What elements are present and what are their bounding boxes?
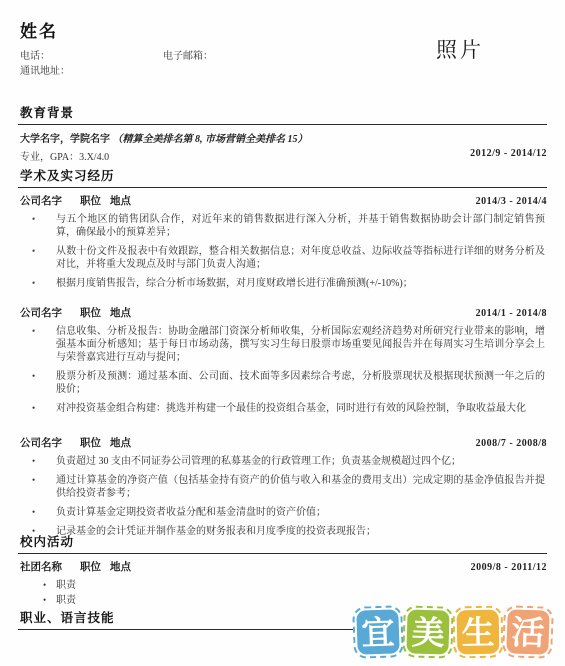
watermark-logo: 宜 美 生 活: [357, 610, 549, 654]
club-name: 社团名称: [20, 559, 62, 574]
position: 职位: [80, 193, 101, 208]
bullet-item: 负责超过 30 支由不同证券公司管理的私募基金的行政管理工作；负责基金规模超过四…: [56, 455, 545, 468]
bullet-item: 与五个地区的销售团队合作，对近年来的销售数据进行深入分析，并基于销售数据协助会计…: [56, 213, 545, 239]
position: 职位: [80, 305, 101, 320]
bullet-item: 通过计算基金的净资产值（包括基金持有资产的价值与收入和基金的费用支出）完成定期的…: [56, 474, 545, 500]
bullet-item: 信息收集、分析及报告：协助金融部门资深分析师收集，分析国际宏观经济趋势对所研究行…: [56, 325, 545, 364]
bullet-item: 根据月度销售报告，综合分析市场数据，对月度财政增长进行准确预测(+/-10%)；: [56, 277, 545, 290]
section-title-skills: 职业、语言技能: [18, 608, 354, 630]
entry-header: 公司名字 职位 地点 2014/3 - 2014/4: [20, 193, 547, 208]
candidate-name: 姓名: [20, 17, 58, 42]
entry-date: 2014/3 - 2014/4: [476, 196, 547, 207]
experience-entry: 公司名字 职位 地点 2014/3 - 2014/4 与五个地区的销售团队合作，…: [18, 193, 547, 290]
entry-bullets: 职责 职责: [18, 579, 547, 607]
section-education: 教育背景 大学名字，学院名字 （精算全美排名第 8, 市场营销全美排名 15） …: [18, 103, 547, 163]
bullet-item: 职责: [56, 579, 545, 592]
email-label: 电子邮箱：: [163, 47, 213, 62]
bullet-item: 负责计算基金定期投资者收益分配和基金清盘时的资产价值；: [56, 506, 545, 519]
entry-header: 公司名字 职位 地点 2014/1 - 2014/8: [20, 305, 547, 320]
experience-entry: 公司名字 职位 地点 2008/7 - 2008/8 负责超过 30 支由不同证…: [18, 435, 547, 538]
school-name: 大学名字，学院名字: [20, 134, 110, 145]
entry-bullets: 负责超过 30 支由不同证券公司管理的私募基金的行政管理工作；负责基金规模超过四…: [18, 455, 547, 538]
section-title-experience: 学术及实习经历: [18, 166, 547, 188]
position: 职位: [80, 435, 101, 450]
bullet-item: 股票分析及预测：通过基本面、公司面、技术面等多因素综合考虑，分析股票现状及根据现…: [56, 370, 545, 396]
entry-date: 2008/7 - 2008/8: [476, 438, 547, 449]
location: 地点: [110, 305, 131, 320]
section-title-education: 教育背景: [18, 103, 547, 125]
entry-header: 社团名称 职位 地点 2009/8 - 2011/12: [20, 559, 547, 574]
entry-bullets: 信息收集、分析及报告：协助金融部门资深分析师收集，分析国际宏观经济趋势对所研究行…: [18, 325, 547, 415]
school-ranking-note: （精算全美排名第 8, 市场营销全美排名 15）: [113, 134, 308, 145]
logo-tile-icon: 宜: [356, 609, 400, 654]
location: 地点: [110, 435, 131, 450]
section-experience: 学术及实习经历 公司名字 职位 地点 2014/3 - 2014/4 与五个地区…: [18, 166, 547, 544]
logo-tile-icon: 活: [506, 609, 550, 654]
entry-bullets: 与五个地区的销售团队合作，对近年来的销售数据进行深入分析，并基于销售数据协助会计…: [18, 213, 547, 290]
education-major-row: 专业，GPA：3.X/4.0 2012/9 - 2014/12: [20, 148, 547, 163]
company-name: 公司名字: [20, 435, 62, 450]
entry-header: 公司名字 职位 地点 2008/7 - 2008/8: [20, 435, 547, 450]
entry-date: 2009/8 - 2011/12: [471, 562, 547, 573]
company-name: 公司名字: [20, 305, 62, 320]
phone-label: 电话：: [20, 47, 50, 62]
bullet-item: 对冲投资基金组合构建：挑选并构建一个最佳的投资组合基金，同时进行有效的风险控制，…: [56, 402, 545, 415]
logo-tile-icon: 生: [457, 610, 500, 655]
major-gpa: 专业，GPA：3.X/4.0: [20, 148, 109, 163]
location: 地点: [110, 193, 131, 208]
education-school-line: 大学名字，学院名字 （精算全美排名第 8, 市场营销全美排名 15）: [20, 130, 547, 145]
resume-page: 姓名 电话： 电子邮箱： 通讯地址： 照片 教育背景 大学名字，学院名字 （精算…: [0, 0, 565, 666]
photo-placeholder: 照片: [436, 34, 484, 64]
logo-tile-icon: 美: [406, 609, 449, 654]
location: 地点: [110, 559, 131, 574]
section-title-campus: 校内活动: [18, 532, 547, 554]
education-date: 2012/9 - 2014/12: [470, 148, 547, 163]
address-label: 通讯地址：: [20, 62, 70, 77]
bullet-item: 从数十份文件及报表中有效跟踪，整合相关数据信息；对年度总收益、边际收益等指标进行…: [56, 245, 545, 271]
bullet-item: 职责: [56, 594, 545, 607]
company-name: 公司名字: [20, 193, 62, 208]
entry-date: 2014/1 - 2014/8: [476, 308, 547, 319]
position: 职位: [80, 559, 101, 574]
experience-entry: 公司名字 职位 地点 2014/1 - 2014/8 信息收集、分析及报告：协助…: [18, 305, 547, 415]
section-campus-activities: 校内活动 社团名称 职位 地点 2009/8 - 2011/12 职责 职责: [18, 532, 547, 609]
